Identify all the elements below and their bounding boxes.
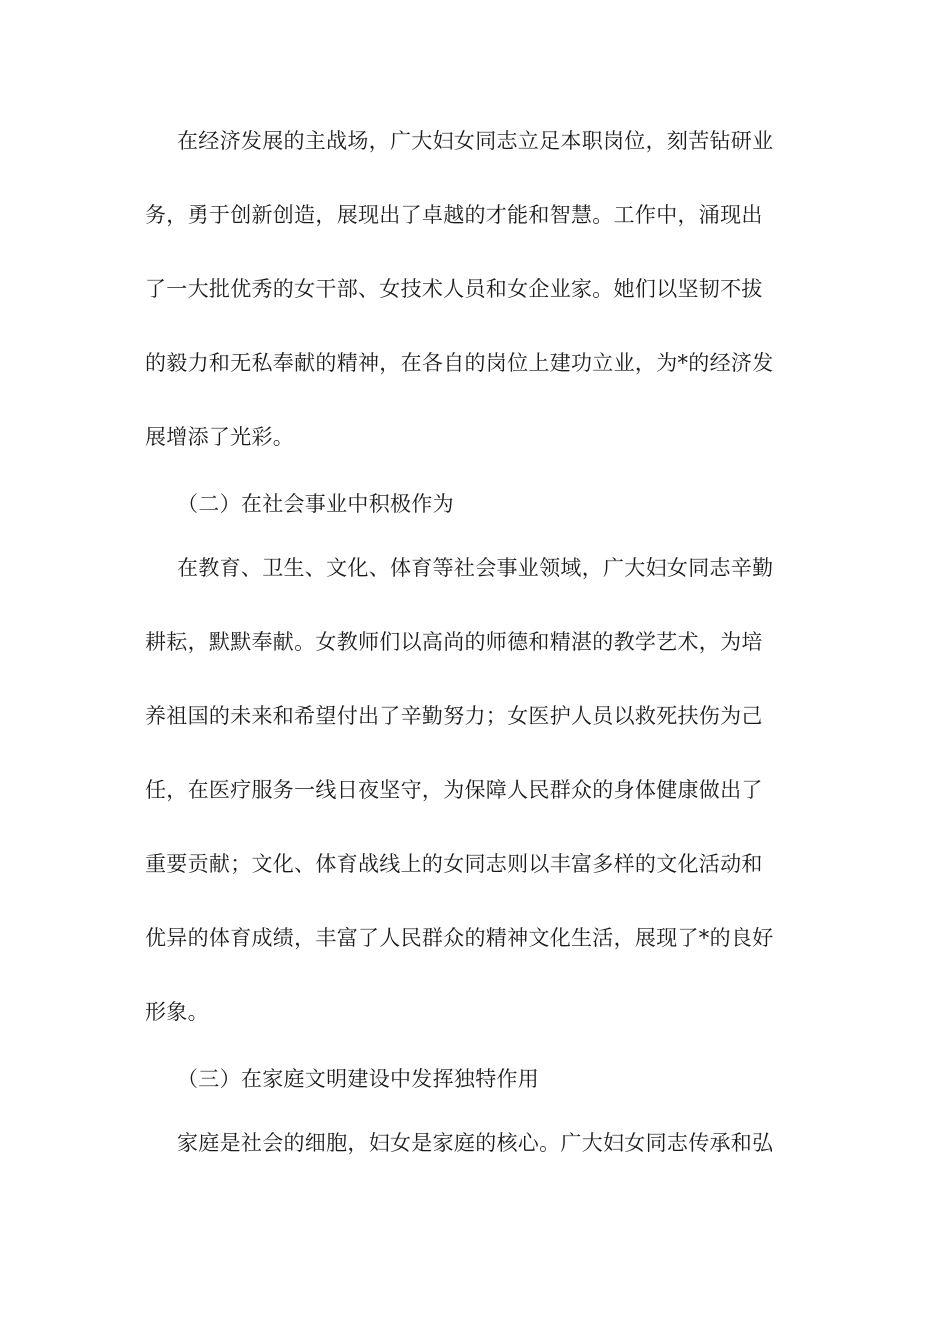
paragraph-line: 的毅力和无私奉献的精神，在各自的岗位上建功立业，为*的经济发 (145, 349, 774, 377)
paragraph-line: 展增添了光彩。 (145, 423, 294, 451)
paragraph-line: 优异的体育成绩，丰富了人民群众的精神文化生活，展现了*的良好 (145, 924, 774, 952)
paragraph-line: 家庭是社会的细胞，妇女是家庭的核心。广大妇女同志传承和弘 (177, 1129, 773, 1157)
paragraph-line: 养祖国的未来和希望付出了辛勤努力；女医护人员以救死扶伤为己 (145, 702, 763, 730)
paragraph-line: 重要贡献；文化、体育战线上的女同志则以丰富多样的文化活动和 (145, 850, 763, 878)
section-heading: （三）在家庭文明建设中发挥独特作用 (177, 1065, 539, 1093)
paragraph-line: 在经济发展的主战场，广大妇女同志立足本职岗位，刻苦钻研业 (177, 127, 773, 155)
document-page: 在经济发展的主战场，广大妇女同志立足本职岗位，刻苦钻研业 务，勇于创新创造，展现… (0, 0, 950, 1344)
paragraph-line: 了一大批优秀的女干部、女技术人员和女企业家。她们以坚韧不拔 (145, 275, 763, 303)
paragraph-line: 在教育、卫生、文化、体育等社会事业领域，广大妇女同志辛勤 (177, 554, 773, 582)
paragraph-line: 务，勇于创新创造，展现出了卓越的才能和智慧。工作中，涌现出 (145, 201, 763, 229)
paragraph-line: 任，在医疗服务一线日夜坚守，为保障人民群众的身体健康做出了 (145, 776, 763, 804)
paragraph-line: 耕耘，默默奉献。女教师们以高尚的师德和精湛的教学艺术，为培 (145, 628, 763, 656)
paragraph-line: 形象。 (145, 998, 209, 1026)
section-heading: （二）在社会事业中积极作为 (177, 490, 454, 518)
